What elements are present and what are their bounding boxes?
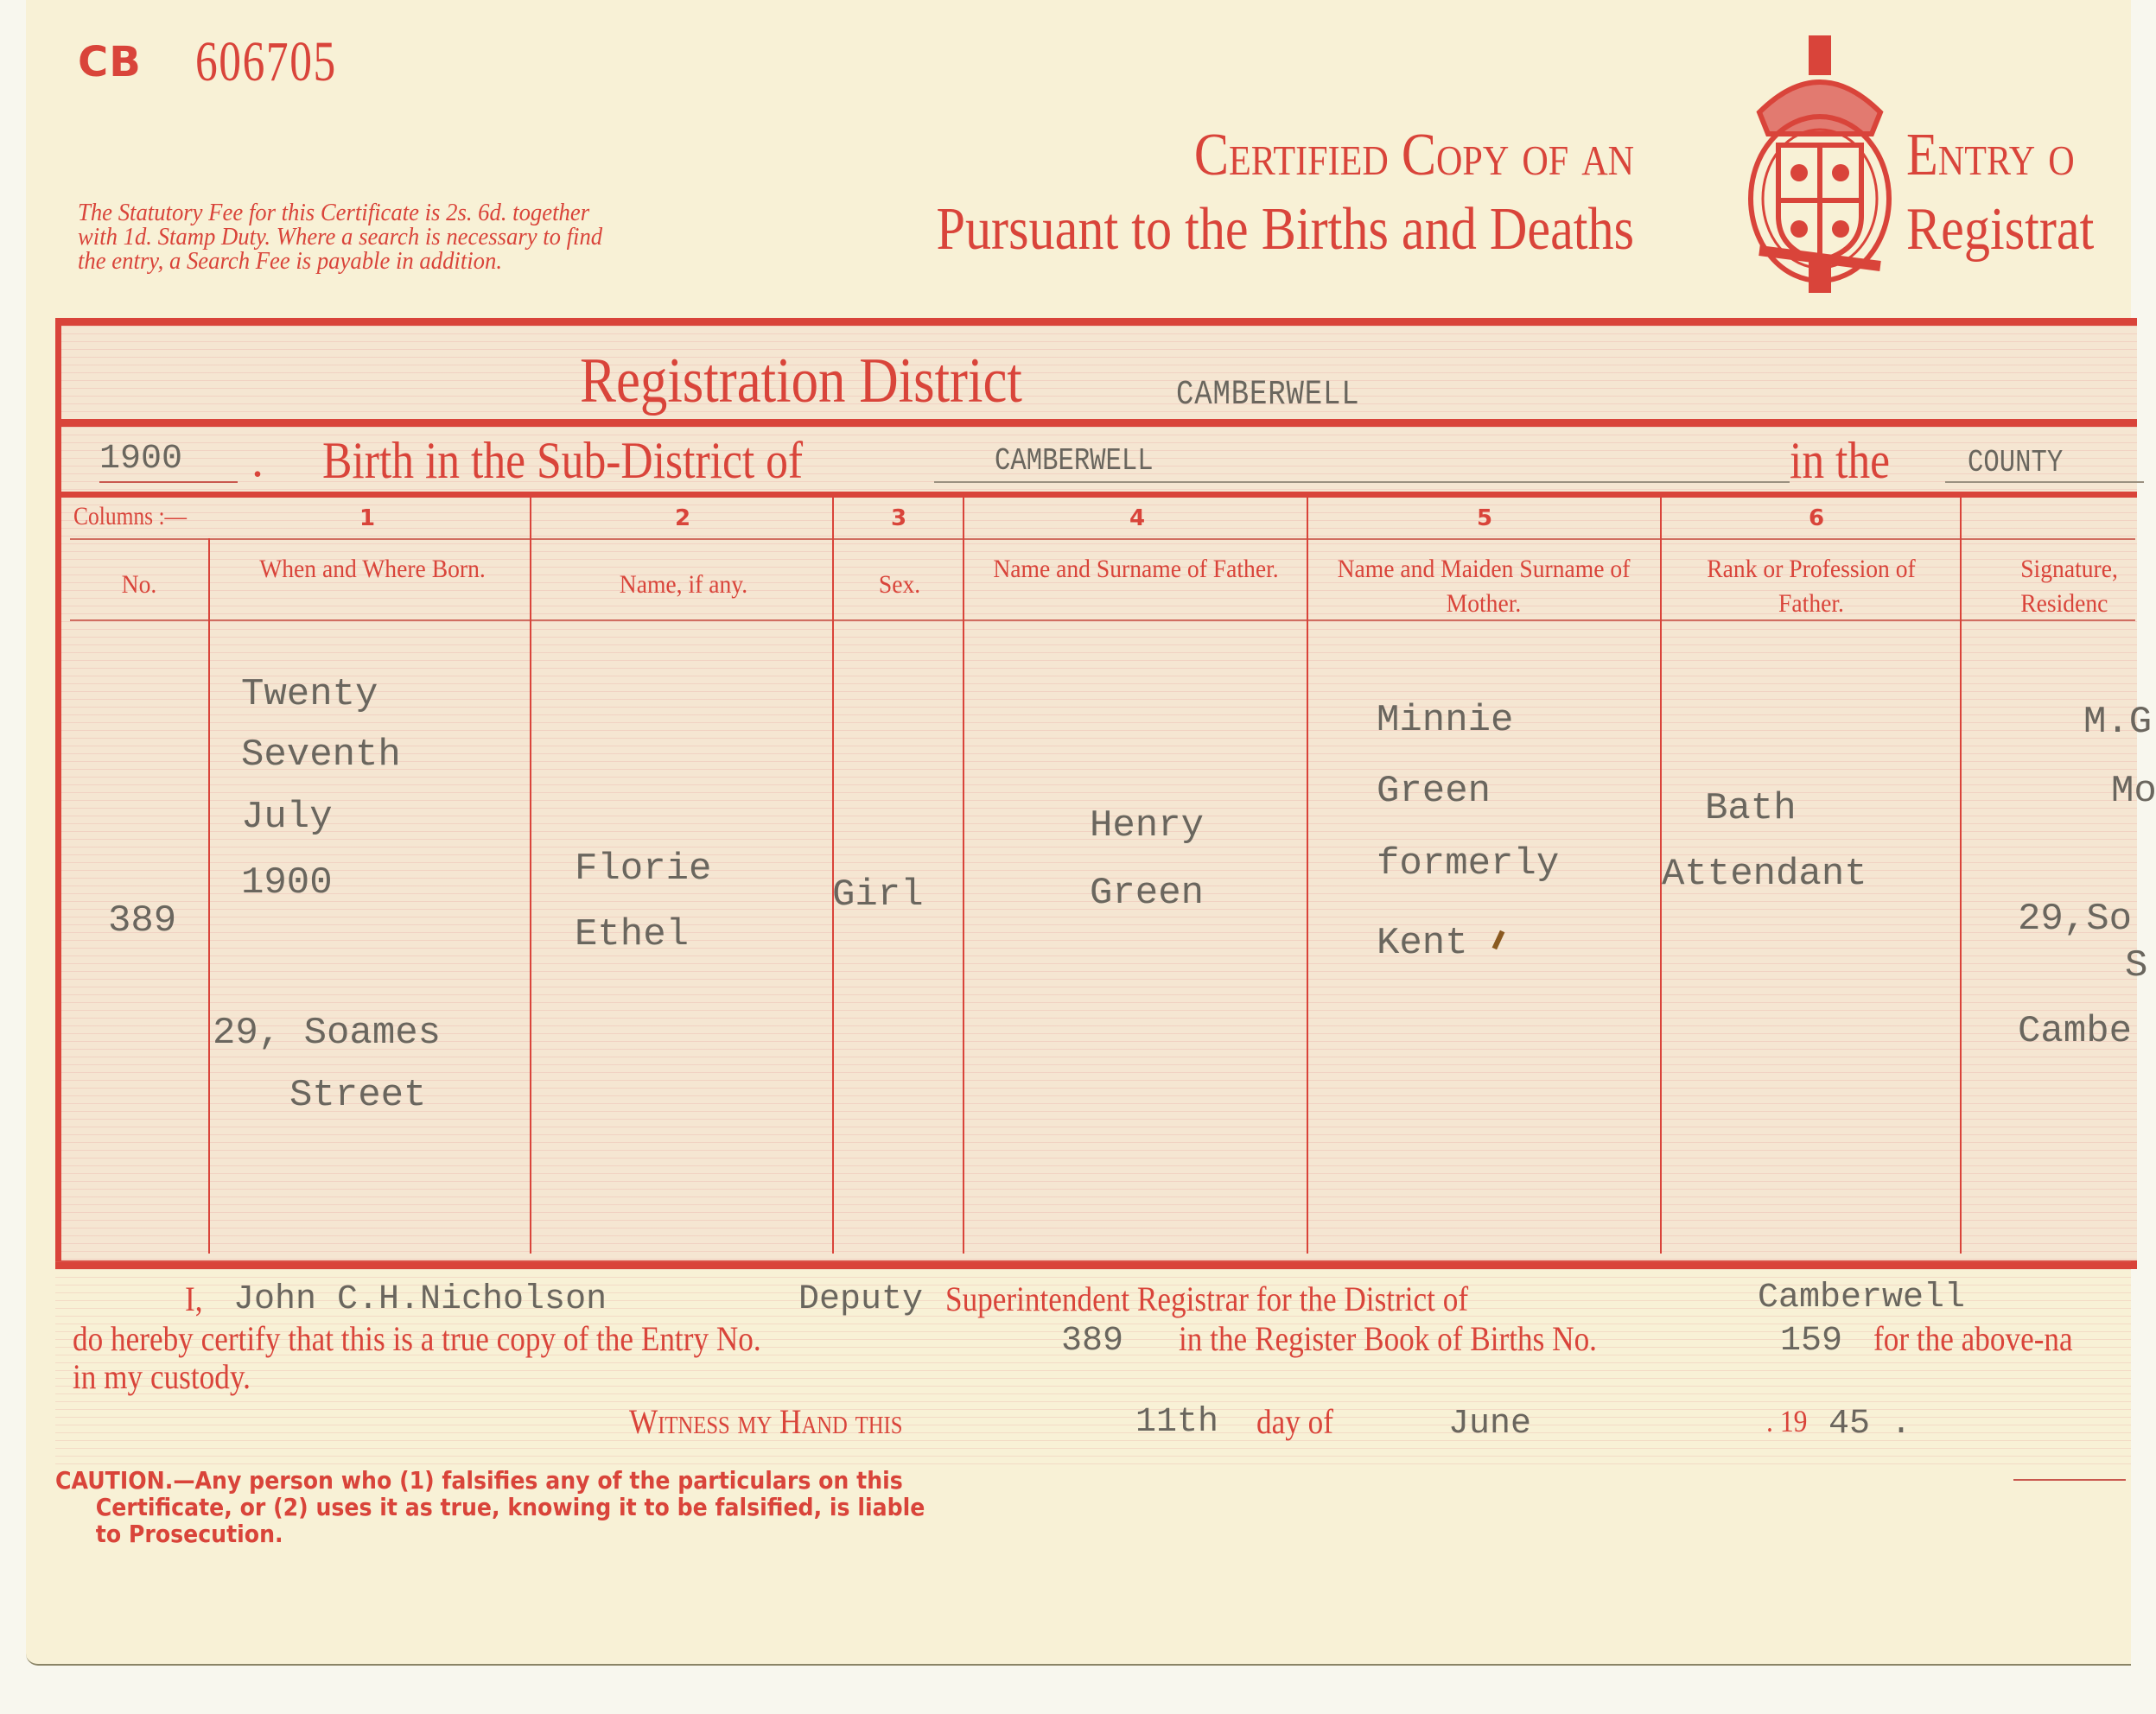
title-line2-right: Registrat [1906,195,2094,264]
above-named-text: for the above-na [1873,1318,2073,1359]
rank-line: Bath [1705,775,1797,842]
serial-number: 606705 [195,29,337,95]
where-born-line: Street [289,1062,426,1129]
entry-no-value: 389 [1061,1322,1123,1361]
column-divider [530,498,531,1254]
when-born-line: Seventh [241,721,401,789]
month-value: June [1448,1405,1531,1444]
serial-prefix: CB [78,38,142,86]
ink-mark [1492,930,1505,949]
entry-no: 389 [108,887,176,955]
register-text: in the Register Book of Births No. [1179,1318,1597,1359]
divider [70,538,2135,540]
caution-line: Certificate, or (2) uses it as true, kno… [55,1494,1004,1520]
registrar-name: John C.H.Nicholson [233,1280,607,1319]
when-born-line: Twenty [241,661,378,728]
attestation-block: I, John C.H.Nicholson Deputy Superintend… [55,1261,2131,1469]
column-number: 6 [1809,505,1824,531]
title-line1: Certified Copy of an [1194,121,1634,190]
fee-notice: The Statutory Fee for this Certificate i… [78,200,634,273]
signature-line: M.Gr [2083,689,2156,756]
witness-label: Witness my Hand this [629,1401,902,1442]
signature-line: Cambe [2018,998,2132,1065]
birth-register-form: Registration District CAMBERWELL 1900 . … [55,318,2137,1269]
rank-line: Attendant [1662,841,1867,908]
mother-name-line: formerly [1377,830,1559,898]
header-no: No. [75,568,202,602]
mother-name-line: Kent [1377,910,1468,977]
column-divider [1960,498,1962,1254]
sex-value: Girl [832,861,924,929]
deputy-label: Deputy [798,1280,923,1319]
day-value: 11th [1135,1403,1218,1442]
sub-district-label: Birth in the Sub-District of [322,431,803,491]
header-father: Name and Surname of Father. [979,552,1293,587]
year-value: 1900 [99,440,182,479]
column-number: 1 [359,505,375,531]
caution-line: to Prosecution. [55,1520,1004,1547]
header-signature: Signature, Residenc [1988,552,2156,621]
mother-name-line: Minnie [1377,687,1513,754]
header-rank: Rank or Profession of Father. [1680,552,1943,621]
column-divider [208,538,210,1254]
year-suffix: 45 . [1828,1405,1911,1444]
header-when-where: When and Where Born. [238,552,508,587]
i-prefix: I, [185,1279,203,1319]
certify-text: do hereby certify that this is a true co… [73,1318,761,1359]
title-line1-right: Entry o [1906,121,2075,190]
column-divider [1307,498,1308,1254]
header-sex: Sex. [844,568,956,602]
when-born-line: 1900 [241,849,333,917]
columns-label: Columns :— [73,502,187,531]
year-prefix: . 19 [1766,1403,1808,1439]
registrar-title: Superintendent Registrar for the Distric… [945,1279,1468,1319]
district-value: Camberwell [1758,1279,1965,1317]
sub-district-value: CAMBERWELL [995,443,1154,479]
father-name-line: Green [1090,860,1204,927]
county-value: COUNTY [1968,445,2063,480]
registration-district-value: CAMBERWELL [1176,376,1360,415]
signature-line: Mot [2111,758,2156,825]
in-the-label: in the [1790,431,1890,491]
title-line2: Pursuant to the Births and Deaths [936,195,1634,264]
column-number: 4 [1129,505,1145,531]
registration-district-label: Registration District [580,345,1022,418]
custody-text: in my custody. [73,1356,251,1397]
divider [61,492,2137,498]
county-underline [1945,481,2144,483]
mother-name-line: Green [1377,758,1491,825]
father-name-line: Henry [1090,792,1204,860]
header-mother: Name and Maiden Surname of Mother. [1322,552,1645,621]
caution-notice: CAUTION.—Any person who (1) falsifies an… [55,1467,1004,1547]
caution-line: CAUTION.—Any person who (1) falsifies an… [55,1467,1004,1494]
day-of-label: day of [1256,1401,1333,1442]
header-name: Name, if any. [556,568,811,602]
column-number: 5 [1477,505,1492,531]
sub-district-underline [934,481,1790,483]
signature-underline [2013,1479,2126,1481]
royal-coat-of-arms-icon [1725,35,1915,294]
column-divider [963,498,964,1254]
signature-line: 29,So [2018,886,2132,953]
when-born-line: July [241,784,333,851]
child-name-line: Florie [575,835,711,903]
year-period: . [251,433,264,488]
year-underline [99,481,238,483]
book-no-value: 159 [1780,1322,1842,1361]
where-born-line: 29, Soames [213,1000,441,1067]
column-number: 2 [675,505,690,531]
column-number: 3 [891,505,906,531]
signature-line: S [2125,932,2147,1000]
divider [61,419,2137,427]
child-name-line: Ethel [575,901,689,968]
